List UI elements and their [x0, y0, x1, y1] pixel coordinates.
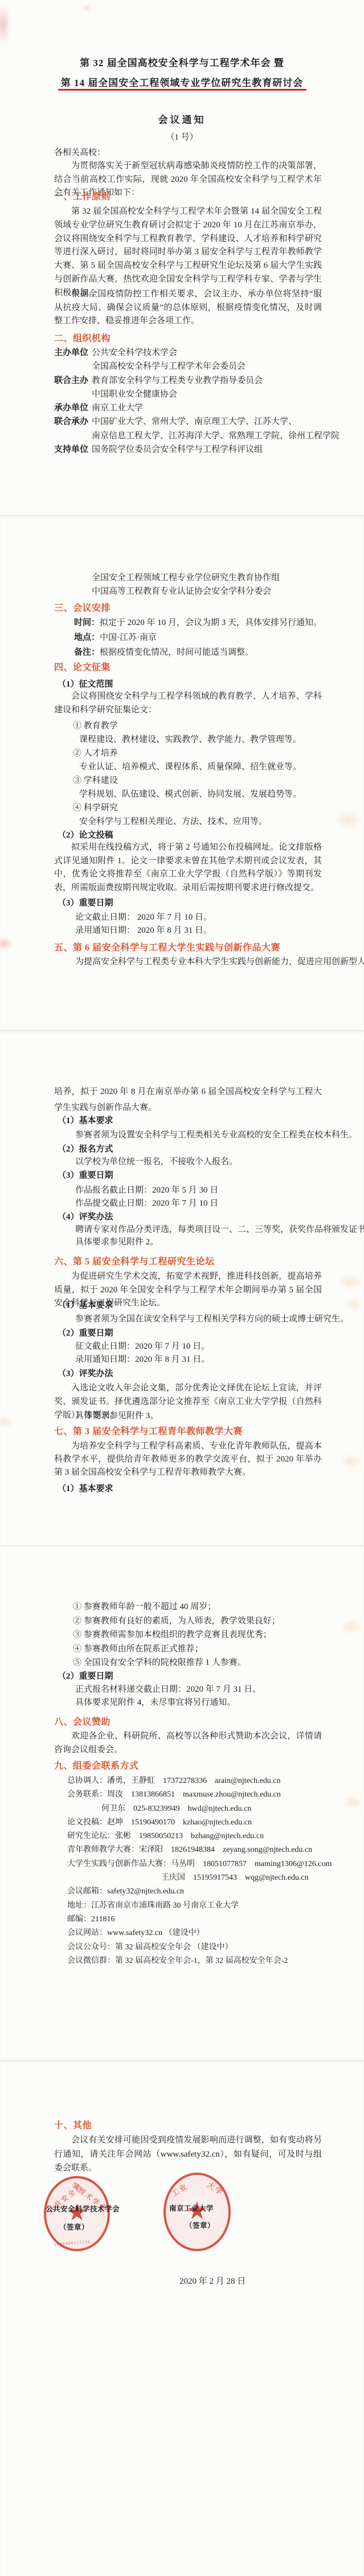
section-heading-2: 二、组织机构 [54, 331, 111, 344]
org-row: 承办单位南京工业大学 [54, 401, 340, 415]
contact-line: 论文投稿：赵坤 15190490170 kzhao@njtech.edu.cn [67, 1816, 332, 1830]
contact-line: 王庆国 15195917543 wqg@njtech.edu.cn [161, 1871, 332, 1885]
s5-paragraph-first-line: 为提高安全科学与工程类专业本科大学生实践与创新能力，促进应用创新型人才 [75, 956, 364, 969]
schedule-text: 中国·江苏·南京 [100, 633, 157, 642]
contact-line: 会议邮箱：safety32@njtech.edu.cn [67, 1885, 332, 1899]
section-heading-10: 十、其他 [54, 2118, 92, 2131]
bullet-title: 教育教学 [84, 721, 118, 730]
s7-attachment-line: 具体要求见附件 4，未尽事宜将另行通知。 [75, 1696, 235, 1710]
page-5: 十、其他 会议有关安排可能因受到疫情发展影响而进行调整，如有变动将另行通知，请关… [0, 2060, 364, 2576]
org-row-label: 联合主办 [54, 374, 88, 387]
bullet-title: 科学研究 [84, 803, 118, 813]
contact-line: 大学生实践与创新作品大赛：马丛明 18051077857 maming1306@… [67, 1858, 332, 1871]
contact-line: 邮编：211816 [67, 1913, 332, 1926]
contact-line: 会议微信群：第 32 届高校安全年会-1，第 32 届高校安全年会-2 [67, 1954, 332, 1968]
org-row-value: 公共安全科学技术学会 [92, 348, 177, 357]
s4-subheading-2: （2）论文投稿 [58, 828, 113, 840]
contact-line: 地址：江苏省南京市浦珠南路 30 号南京工业大学 [67, 1899, 332, 1913]
ink-smudge [0, 5, 10, 44]
bullet-detail: 学科规划、队伍建设、模式创新、协同发展、发展趋势等。 [73, 787, 301, 801]
contact-line: 何卫东 025-83239949 hwd@njtech.edu.cn [101, 1802, 332, 1816]
s5-award-line: 聘请专家对作品分类评选，每类项目设一、二、三等奖，获奖作品将颁发证书。 [75, 1223, 364, 1237]
list-item: ⑤ 全国设有安全学科的院校限推荐 1 人参赛。 [73, 1656, 280, 1670]
org-table: 主办单位公共安全科学技术学会 全国高校安全科学与工程学术年会委员会 联合主办教育… [54, 346, 340, 456]
bleed-through-mark [0, 937, 14, 950]
bleed-through-mark [0, 1416, 13, 1428]
org-row-value: 中国矿业大学、常州大学、南京理工大学、江苏大学、 [92, 417, 297, 426]
schedule-row: 时间：拟定于 2020 年 10 月，会议为期 3 天，具体安排另行通知。 [74, 615, 322, 630]
s5-registration-line: 以学校为单位统一报名，不接收个人报名。 [75, 1156, 238, 1169]
schedule-text: 根据疫情变化情况，时间可能适当调整。 [100, 648, 253, 657]
s7-subheading-1: （1）基本要求 [58, 1482, 113, 1494]
list-item: ③ 参赛教师需参加本校组织的教学竞赛且表现优秀； [73, 1628, 280, 1642]
date-line: 征文截止日期：2020 年 7 月 10 日。 [75, 1340, 210, 1354]
org-row-value: 教育部安全科学与工程类专业教学指导委员会 [92, 376, 263, 385]
salutation: 各相关高校： [54, 146, 105, 160]
section-heading-8: 八、会议赞助 [54, 1714, 111, 1728]
s5-subheading-3: （3）重要日期 [58, 1169, 113, 1181]
signature-org-right: 南京工业大学 [169, 2203, 214, 2213]
s5-attachment-line: 具体要求参见附件 2。 [75, 1236, 158, 1250]
s4-subheading-3: （3）重要日期 [58, 896, 113, 908]
title-line-2: 第 14 届全国安全工程领域专业学位研究生教育研讨会 [0, 75, 364, 89]
page-3: 培养，拟于 2020 年 8 月在南京举办第 6 届全国高校安全科学与工程大学生… [0, 1030, 364, 1545]
date-line: 作品报名截止日期：2020 年 5 月 30 日 [75, 1184, 218, 1198]
bleed-through-mark [345, 1297, 363, 1311]
date-line: 录用通知日期：2020 年 8 月 31 日。 [75, 1353, 210, 1367]
s5-subheading-1: （1）基本要求 [58, 1114, 113, 1126]
org-row: 主办单位公共安全科学技术学会 [54, 346, 340, 360]
section-heading-9: 九、组委会联系方式 [54, 1758, 139, 1771]
org-row: 联合承办中国矿业大学、常州大学、南京理工大学、江苏大学、 [54, 415, 340, 428]
org-row: 支持单位国务院学位委员会安全科学与工程学科评议组 [54, 443, 340, 456]
schedule-label: 备注： [74, 648, 100, 657]
list-item: ③ 学科建设 [73, 774, 301, 787]
signature-org-left: 公共安全科学技术学会 [46, 2203, 120, 2214]
bullet-detail: 专业认证、培养模式、课程体系、质量保障、招生就业等。 [73, 760, 301, 774]
contact-line: 总协调人：潘勇，王静虹 17372278336 arain@njtech.edu… [67, 1774, 332, 1788]
section-heading-1: 一、工作原则 [54, 189, 111, 202]
bleed-through-mark [341, 1620, 362, 1634]
schedule-row: 地点：中国·江苏·南京 [74, 630, 322, 645]
schedule-label: 时间： [74, 618, 100, 627]
seal-serial-number: 1100000117216 [54, 2239, 91, 2247]
bullet-title: 学科建设 [84, 776, 118, 785]
schedule-row: 备注：根据疫情变化情况，时间可能适当调整。 [74, 645, 322, 660]
official-seal-left: ★ 公共安全科 学技术学会 1100000117216 [44, 2176, 110, 2251]
date-line: 作品提交截止日期：2020 年 7 月 10 日 [75, 1197, 218, 1211]
s5-subheading-4: （4）评奖办法 [58, 1210, 113, 1222]
ink-smudge [82, 5, 91, 11]
org-row: 中国职业安全健康协会 [54, 387, 340, 401]
org-row-value: 南京信息工程大学、江苏海洋大学、常熟理工学院、徐州工程学院 [92, 431, 340, 440]
contact-line: 青年教师教学大赛：宋泽阳 18261948384 zeyang.song@njt… [67, 1843, 332, 1857]
org-row-value: 全国安全工程领域工程专业学位研究生教育协作组 [92, 571, 280, 585]
s5-requirement-line: 参赛者须为设置安全科学与工程类相关专业高校的安全工程类在校本科生。 [75, 1129, 357, 1142]
bullet-title: 人才培养 [84, 749, 118, 758]
s5-paragraph-continued: 培养，拟于 2020 年 8 月在南京举办第 6 届全国高校安全科学与工程大学生… [54, 1084, 322, 1116]
s7-subheading-2: （2）重要日期 [58, 1669, 113, 1681]
date-line: 正式报名材料递交截止日期：2020 年 7 月 31 日。 [75, 1683, 261, 1697]
org-row-value: 中国高等工程教育专业认证协会安全学科分委会 [92, 585, 280, 599]
section-heading-4: 四、论文征集 [54, 660, 111, 673]
org-row-label: 主办单位 [54, 346, 88, 360]
bullet-number: ④ [73, 803, 81, 813]
s5-subheading-2: （2）报名方式 [58, 1142, 113, 1154]
s6-requirement-line: 参赛者须为全国在读安全科学与工程相关学科方向的硕士或博士研究生。 [75, 1313, 349, 1326]
section-heading-3: 三、会议安排 [54, 601, 111, 614]
s6-attachment-line: 具体要求参见附件 3。 [75, 1410, 158, 1423]
contact-line: 会务联系：周汝 13813866851 maxmuse.zhou@njtech.… [67, 1788, 332, 1802]
contact-list: 总协调人：潘勇，王静虹 17372278336 arain@njtech.edu… [54, 1774, 332, 1968]
contact-line: 会议网站：www.safety32.cn （建设中） [67, 1926, 332, 1940]
list-item: ④ 参赛教师由所在院系正式推荐； [73, 1642, 280, 1656]
notice-title: 会议通知 [0, 112, 364, 126]
s8-paragraph: 欢迎各企业、科研院所、高校等以各种形式赞助本次会议，详情请咨询会议组委会。 [54, 1730, 322, 1757]
schedule-text: 拟定于 2020 年 10 月，会议为期 3 天，具体安排另行通知。 [100, 618, 322, 627]
schedule-block: 时间：拟定于 2020 年 10 月，会议为期 3 天，具体安排另行通知。 地点… [74, 615, 322, 660]
org-row-value: 中国职业安全健康协会 [92, 390, 177, 399]
org-row: 南京信息工程大学、江苏海洋大学、常熟理工学院、徐州工程学院 [54, 429, 340, 443]
org-table-continued: 全国安全工程领域工程专业学位研究生教育协作组 中国高等工程教育专业认证协会安全学… [92, 571, 280, 598]
schedule-label: 地点： [74, 633, 100, 642]
s7-paragraph-1: 为培养安全科学与工程学科高素质、专业化青年教师队伍，提高本科教学水平，提供给青年… [54, 1440, 322, 1479]
title-rule-divider [58, 89, 306, 91]
bleed-through-mark [343, 1795, 362, 1809]
org-row-value: 全国高校安全科学与工程学术年会委员会 [92, 362, 246, 371]
bullet-number: ③ [73, 776, 81, 785]
bullet-detail: 安全科学与工程相关理论、方法、技术、应用等。 [73, 815, 301, 828]
section-heading-5: 五、第 6 届安全科学与工程大学生实践与创新作品大赛 [54, 940, 280, 953]
list-item: ① 教育教学 [73, 719, 301, 733]
section-heading-6: 六、第 5 届安全科学与工程研究生论坛 [54, 1254, 215, 1267]
signature-date: 2020 年 2 月 28 日 [179, 2275, 246, 2289]
s10-paragraph: 会议有关安排可能因受到疫情发展影响而进行调整，如有变动将另行通知，请关注年会网站… [54, 2133, 322, 2175]
org-row: 全国高校安全科学与工程学术年会委员会 [54, 360, 340, 373]
title-line-1: 第 32 届全国高校安全科学与工程学术年会 暨 [0, 55, 364, 69]
bullet-number: ② [73, 749, 81, 758]
topic-list: ① 教育教学 课程建设、教材建设、实践教学、教学能力、教学管理等。 ② 人才培养… [73, 719, 301, 828]
org-row-label: 承办单位 [54, 401, 88, 415]
bleed-through-mark [340, 1455, 362, 1468]
list-item: ① 参赛教师年龄一般不超过 40 周岁； [73, 1600, 280, 1614]
s6-subheading-1: （1）基本要求 [58, 1299, 113, 1311]
org-row: 联合主办教育部安全科学与工程类专业教学指导委员会 [54, 374, 340, 387]
s4-paragraph-1: 会议将围绕安全科学与工程学科领域的教育教学、人才培养、学科建设和科学研究征集论文… [54, 690, 322, 717]
org-row-label: 支持单位 [54, 443, 88, 456]
bullet-number: ① [73, 721, 81, 730]
contact-line: 会议公众号：第 32 届高校安全年会 （建设中） [67, 1941, 332, 1954]
list-item: ② 人才培养 [73, 746, 301, 760]
date-line: 录用通知日期： 2020 年 8 月 31 日。 [75, 924, 212, 938]
s4-paragraph-2: 拟采用在线投稿方式，将于第 2 号通知公布投稿网址。论文排版格式详见通知附件 1… [54, 841, 322, 895]
page-4: ① 参赛教师年龄一般不超过 40 周岁； ② 参赛教师有良好的素质，为人师表，教… [0, 1545, 364, 2060]
signature-seal-label-right: （签章） [185, 2220, 215, 2230]
bleed-through-mark [335, 811, 361, 829]
page-2: 全国安全工程领域工程专业学位研究生教育协作组 中国高等工程教育专业认证协会安全学… [0, 515, 364, 1030]
s6-subheading-2: （2）重要日期 [58, 1326, 113, 1338]
teacher-requirement-list: ① 参赛教师年龄一般不超过 40 周岁； ② 参赛教师有良好的素质，为人师表，教… [73, 1600, 280, 1670]
signature-seal-label-left: （签章） [59, 2222, 89, 2232]
list-item: ② 参赛教师有良好的素质，为人师表，教学效果良好； [73, 1614, 280, 1628]
contact-line: 研究生论坛：张彬 19850050213 bzhang@njtech.edu.c… [67, 1830, 332, 1843]
seal-arc-text: 大学 [205, 2179, 226, 2198]
s1-paragraph-1: 第 32 届全国高校安全科学与工程学术年会暨第 14 届全国安全工程领域专业学位… [54, 205, 322, 300]
page-1: 第 32 届全国高校安全科学与工程学术年会 暨 第 14 届全国安全工程领域专业… [0, 0, 364, 515]
list-item: ④ 科学研究 [73, 801, 301, 815]
bullet-detail: 课程建设、教材建设、实践教学、教学能力、教学管理等。 [73, 733, 301, 746]
notice-number: （1 号） [0, 130, 364, 142]
s1-paragraph-2: 根据全国疫情防控工作相关要求，会议主办、承办单位将坚持“服从抗疫大局、确保会议质… [54, 288, 322, 328]
org-row-label: 联合承办 [54, 415, 88, 428]
s4-subheading-1: （1）征文范围 [58, 677, 113, 689]
org-row-value: 国务院学位委员会安全科学与工程学科评议组 [92, 445, 263, 454]
s6-subheading-3: （3）评奖办法 [58, 1367, 113, 1379]
section-heading-7: 七、第 3 届安全科学与工程青年教师教学大赛 [54, 1424, 243, 1437]
org-row-value: 南京工业大学 [92, 403, 143, 413]
date-line: 论文截止日期： 2020 年 7 月 10 日。 [75, 911, 212, 925]
bleed-through-mark [337, 1275, 362, 1289]
